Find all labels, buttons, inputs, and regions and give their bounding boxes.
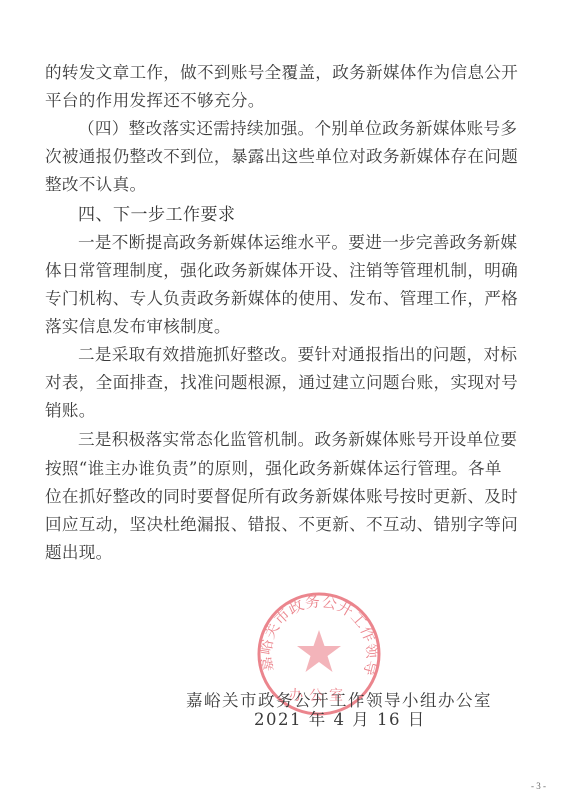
text-line: 三是积极落实常态化监管机制。政务新媒体账号开设单位要 (78, 426, 483, 454)
text-line: 的转发文章工作，做不到账号全覆盖，政务新媒体作为信息公开 (45, 59, 483, 87)
text-line: 题出现。 (45, 539, 483, 567)
text-line: 按照“谁主办谁负责”的原则，强化政务新媒体运行管理。各单 (45, 455, 483, 483)
text-line: （四）整改落实还需持续加强。个别单位政务新媒体账号多 (78, 115, 483, 143)
text-line: 体日常管理制度，强化政务新媒体开设、注销等管理机制，明确 (45, 257, 483, 285)
text-line: 销账。 (45, 397, 483, 425)
page-number: - 3 - (531, 781, 546, 791)
text-line: 整改不认真。 (45, 171, 483, 199)
issue-date: 2021 年 4 月 16 日 (254, 706, 426, 730)
text-line: 对表，全面排查，找准问题根源，通过建立问题台账，实现对号 (45, 369, 483, 397)
text-line: 一是不断提高政务新媒体运维水平。要进一步完善政务新媒 (78, 229, 483, 257)
text-line: 平台的作用发挥还不够充分。 (45, 87, 483, 115)
section-heading: 四、下一步工作要求 (78, 201, 236, 229)
text-line: 回应互动，坚决杜绝漏报、错报、不更新、不互动、错别字等问 (45, 511, 483, 539)
text-line: 二是采取有效措施抓好整改。要针对通报指出的问题，对标 (78, 341, 483, 369)
document-page: 的转发文章工作，做不到账号全覆盖，政务新媒体作为信息公开 平台的作用发挥还不够充… (0, 0, 581, 809)
text-line: 次被通报仍整改不到位，暴露出这些单位对政务新媒体存在问题 (45, 143, 483, 171)
text-line: 落实信息发布审核制度。 (45, 313, 483, 341)
text-line: 专门机构、专人负责政务新媒体的使用、发布、管理工作，严格 (45, 285, 483, 313)
text-line: 位在抓好整改的同时要督促所有政务新媒体账号按时更新、及时 (45, 483, 483, 511)
